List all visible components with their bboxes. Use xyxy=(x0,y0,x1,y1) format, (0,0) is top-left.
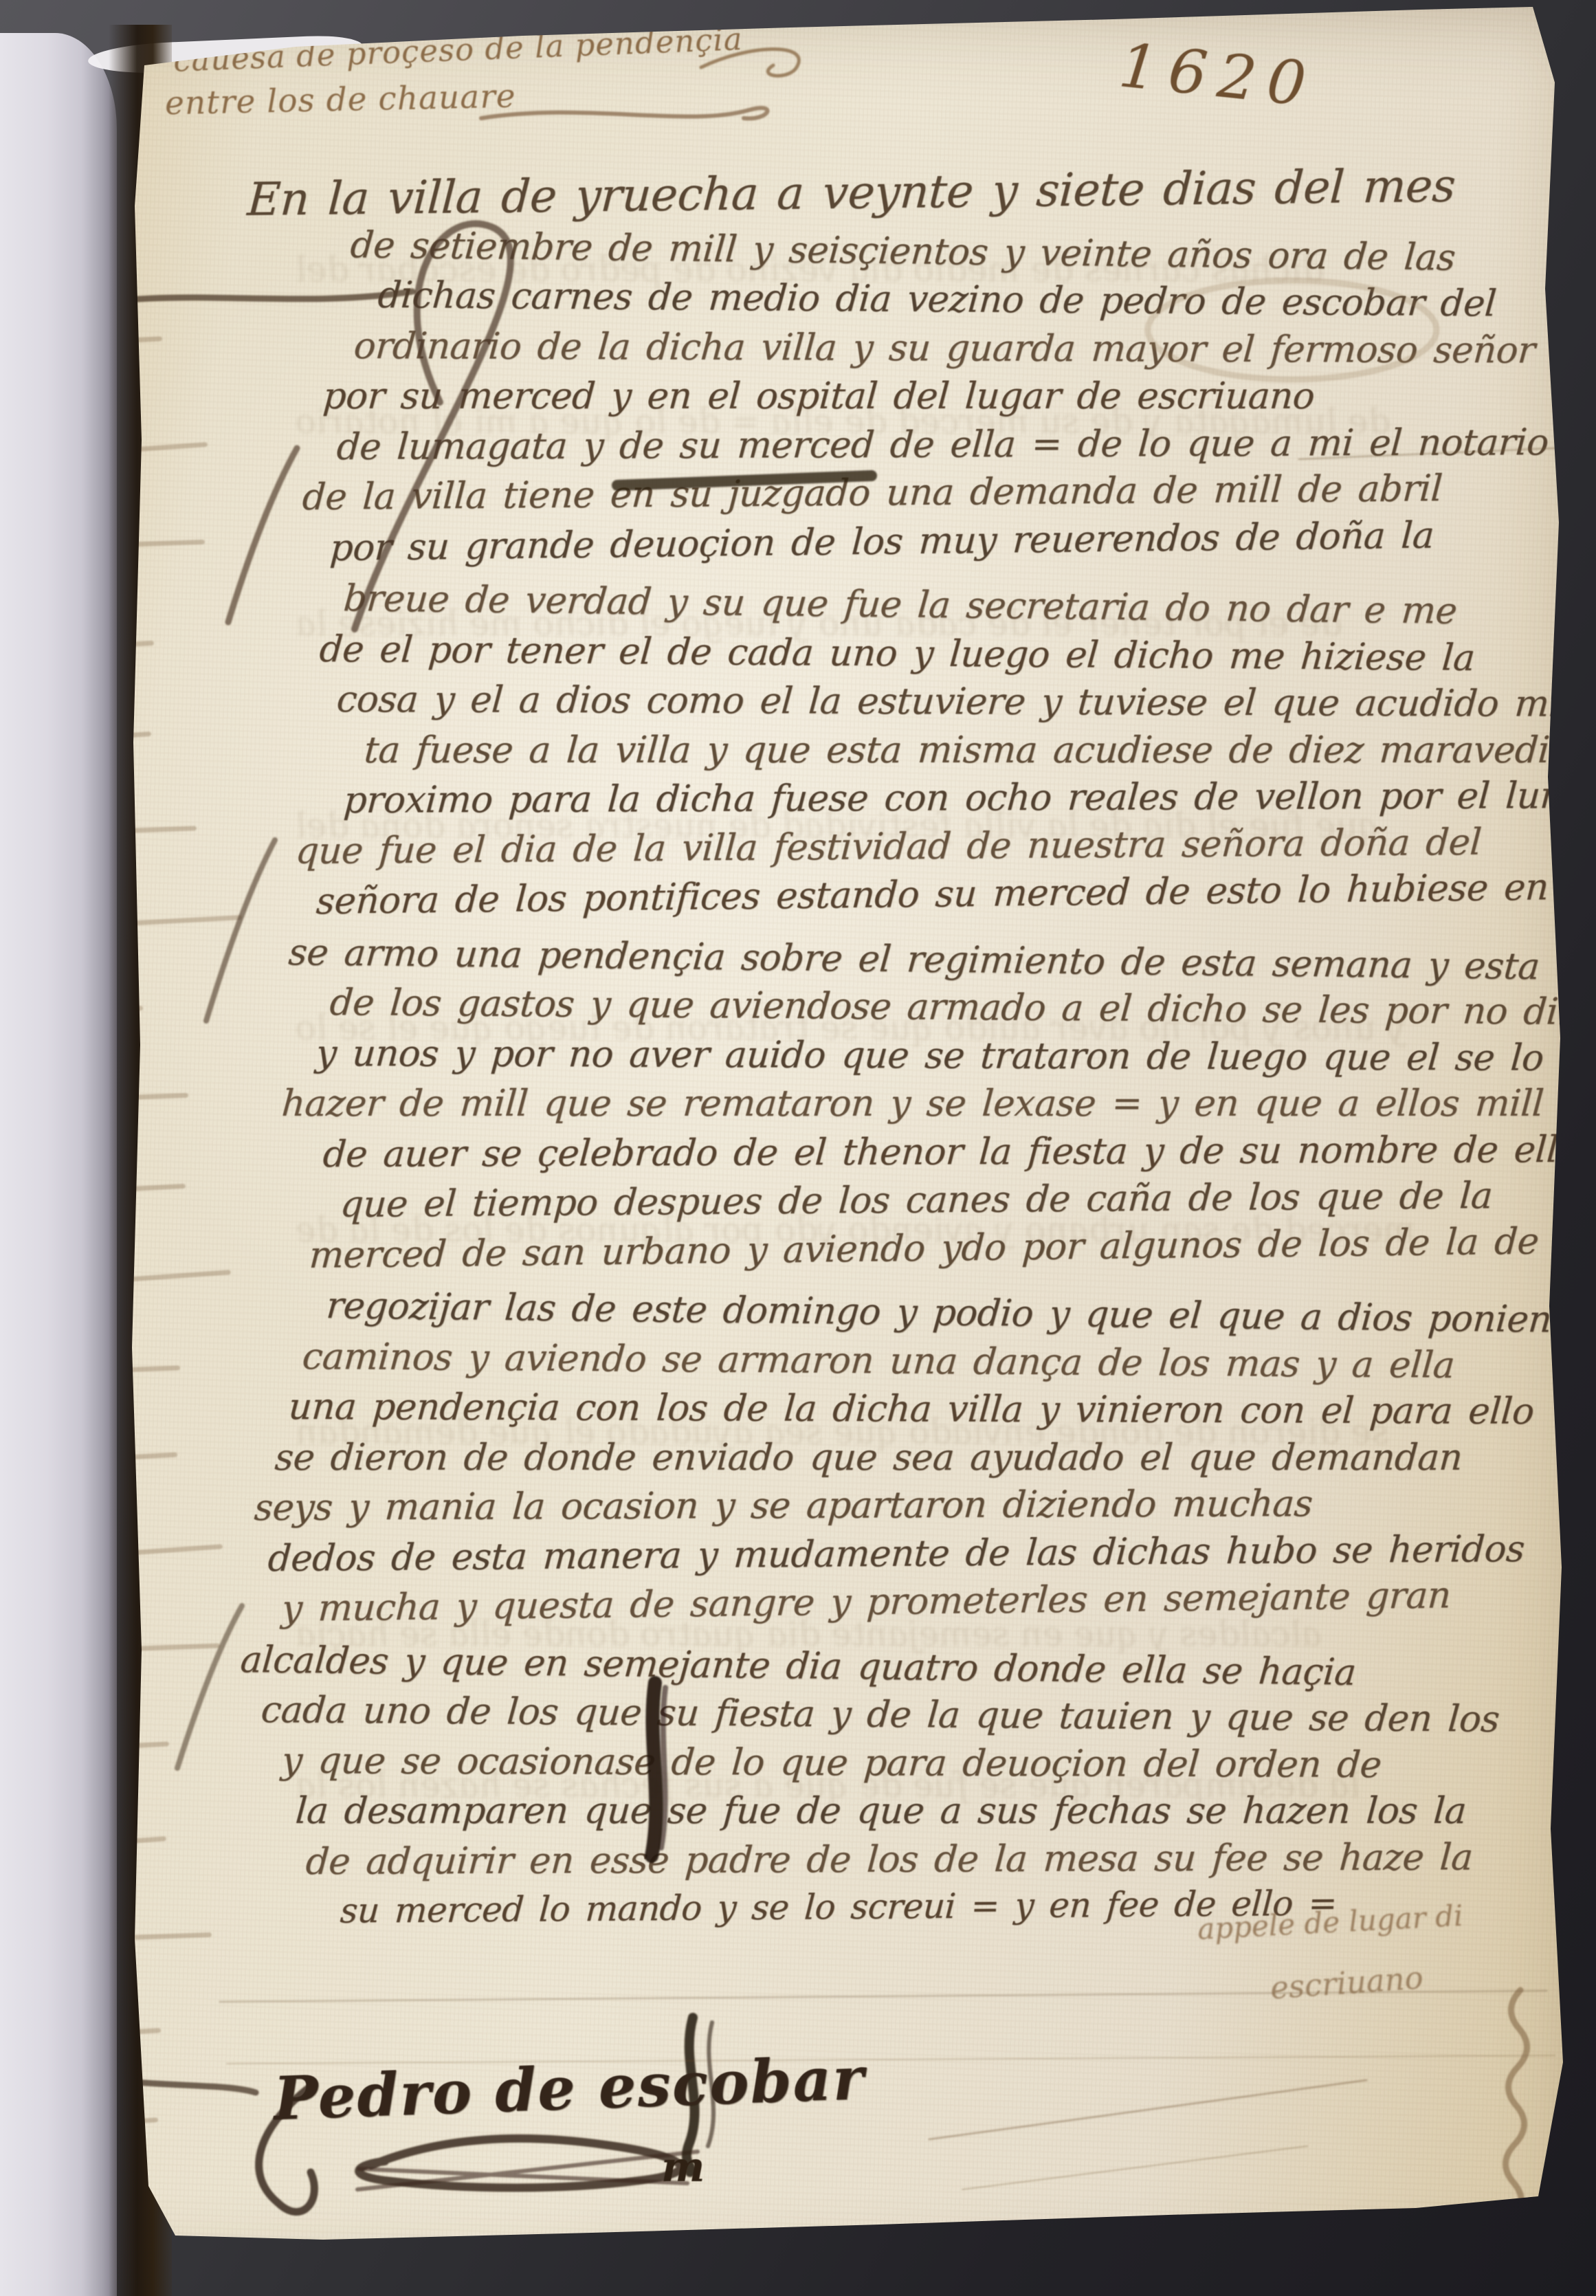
marginal-scribble-icon xyxy=(1505,1990,1527,2221)
tall-ascender-icon xyxy=(177,1606,242,1768)
showthrough-ring-icon xyxy=(1148,280,1437,379)
pen-trial-line-icon xyxy=(962,2146,1307,2189)
opening-initial-flourish-icon xyxy=(355,223,511,629)
facing-page-edge xyxy=(0,33,117,2296)
ink-blot-stroke-icon xyxy=(661,1688,665,1848)
tall-ascender-icon xyxy=(206,840,275,1021)
ink-flourishes xyxy=(0,0,1596,2296)
ink-blot-stroke-icon xyxy=(652,1683,656,1856)
tall-ascender-icon xyxy=(228,448,297,622)
header-swash-icon xyxy=(701,49,799,76)
strikethrough-icon xyxy=(617,476,872,485)
crease-line-icon xyxy=(1299,448,1555,459)
pen-trial-line-icon xyxy=(929,2080,1366,2139)
header-tail-icon xyxy=(481,108,767,118)
notary-mark: m xyxy=(661,2143,705,2192)
photo-backdrop: cauesa de proçeso de la pendençia entre … xyxy=(0,0,1596,2296)
manuscript-page: cauesa de proçeso de la pendençia entre … xyxy=(0,0,1596,2296)
